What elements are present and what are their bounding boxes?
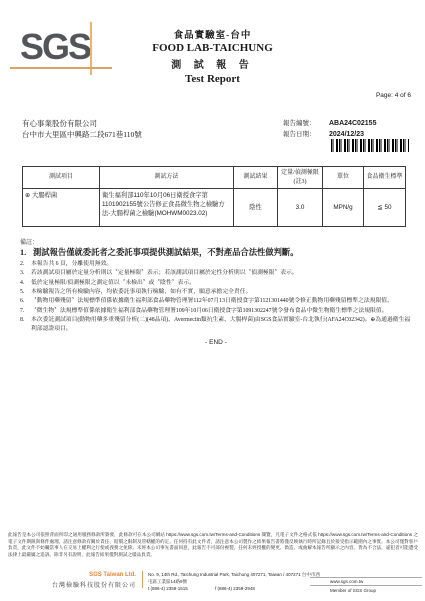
legal-disclaimer: 此報告是本公司依照背面所印之通用服務條款所簽發，此條款可在本公司網站 https… bbox=[8, 532, 418, 558]
test-report-page: SGS 食品實驗室-台中 FOOD LAB-TAICHUNG 測 試 報 告 T… bbox=[0, 0, 425, 601]
note-8: 8. 本次委託測試項目(動物用藥多重殘留分析(二)(48品項)、Avermect… bbox=[20, 316, 412, 335]
note-5: 5. 本檢驗報告之所有檢驗內容，均依委託事項執行檢驗，如有不實，願意承擔完全責任… bbox=[20, 288, 412, 297]
cell-test-result: 陰性 bbox=[234, 189, 278, 227]
header-unit: 單位 bbox=[323, 167, 364, 189]
notes-section: 備註： 1. 測試報告僅就委託者之委託事項提供測試結果，不對產品合法性做判斷。 … bbox=[20, 237, 412, 346]
cell-food-standard: ≦ 50 bbox=[364, 189, 406, 227]
footer-rule-bottom bbox=[310, 585, 422, 586]
footer-divider-line bbox=[142, 571, 143, 588]
member-of-sgs-group: Member of SGS Group bbox=[330, 588, 376, 593]
note-1: 1. 測試報告僅就委託者之委託事項提供測試結果，不對產品合法性做判斷。 bbox=[20, 247, 412, 258]
note-7: 7. 〝微生物〞法規標準值係依據衛生福利部食品藥物管理署109年10月06日衛授… bbox=[20, 307, 412, 316]
company-name-zh: 台灣檢驗科技股份有限公司 bbox=[28, 580, 136, 589]
client-info: 有心事業股份有限公司 台中市大里區中興路二段671巷110號 bbox=[22, 118, 142, 140]
header-detection-limit: 定量/偵測極限(註3) bbox=[278, 167, 323, 189]
header-food-standard: 食品衛生標準 bbox=[364, 167, 406, 189]
lab-name-en: FOOD LAB-TAICHUNG bbox=[0, 42, 425, 54]
note-4: 4. 低於定量極限/偵測極限之測定值以〝未檢出〞或〝陰性〞表示。 bbox=[20, 279, 412, 288]
footer-address-block: No. 9, 14th Rd., Taichung Industrial Par… bbox=[148, 571, 323, 593]
header-test-item: 測試項目 bbox=[23, 167, 100, 189]
note-3: 3. 若該測試項目屬於定量分析則以〝定量極限〞表示；若該測試項目屬於定性分析則以… bbox=[20, 269, 412, 278]
table-row: ⊕ 大腸桿菌 衛生福利部110年10月06日衛授食字第1101902155號公告… bbox=[23, 189, 406, 227]
report-no-value: ABA24C02155 bbox=[329, 118, 376, 129]
client-address: 台中市大里區中興路二段671巷110號 bbox=[22, 129, 142, 140]
report-no-label: 報告編號： bbox=[283, 118, 329, 129]
report-title-en: Test Report bbox=[0, 73, 425, 85]
footer-company-block: SGS Taiwan Ltd. 台灣檢驗科技股份有限公司 bbox=[28, 572, 136, 589]
end-marker: - END - bbox=[20, 339, 412, 346]
report-meta: 報告編號： ABA24C02155 報告日期： 2024/12/23 bbox=[283, 118, 376, 140]
note-6: 6. 〝動物用藥殘留〞法規標準值係依據衛生福利部食品藥物管理署112年07月13… bbox=[20, 297, 412, 306]
lab-address: No. 9, 14th Rd., Taichung Industrial Par… bbox=[148, 571, 323, 585]
table-header-row: 測試項目 測試方法 測試結果 定量/偵測極限(註3) 單位 食品衛生標準 bbox=[23, 167, 406, 189]
lab-fax: f (886-4) 2359-2948 bbox=[215, 586, 255, 591]
header-test-method: 測試方法 bbox=[100, 167, 234, 189]
cell-unit: MPN/g bbox=[323, 189, 364, 227]
report-barcode bbox=[331, 139, 409, 152]
footer-rule-top bbox=[310, 577, 422, 578]
report-header: 食品實驗室-台中 FOOD LAB-TAICHUNG 測 試 報 告 Test … bbox=[0, 27, 425, 85]
report-title-zh: 測 試 報 告 bbox=[0, 56, 425, 71]
client-name: 有心事業股份有限公司 bbox=[22, 118, 142, 129]
cell-detection-limit: 3.0 bbox=[278, 189, 323, 227]
cell-test-item: ⊕ 大腸桿菌 bbox=[23, 189, 100, 227]
results-table: 測試項目 測試方法 測試結果 定量/偵測極限(註3) 單位 食品衛生標準 ⊕ 大… bbox=[22, 166, 406, 227]
cell-test-method: 衛生福利部110年10月06日衛授食字第1101902155號公告修正食品微生物… bbox=[100, 189, 234, 227]
company-name-en: SGS Taiwan Ltd. bbox=[28, 572, 136, 578]
sgs-website: www.sgs.com.tw bbox=[330, 579, 363, 584]
lab-telephone: t (886-4) 2359-1515 bbox=[148, 586, 188, 591]
lab-phones: t (886-4) 2359-1515 f (886-4) 2359-2948 bbox=[148, 585, 323, 592]
note-2: 2. 本報告共 6 頁，分離使用無效。 bbox=[20, 260, 412, 269]
page-number-label: Page: 4 of 6 bbox=[376, 92, 411, 99]
lab-name-zh: 食品實驗室-台中 bbox=[0, 27, 425, 41]
report-date-label: 報告日期： bbox=[283, 129, 329, 140]
header-test-result: 測試結果 bbox=[234, 167, 278, 189]
notes-title: 備註： bbox=[20, 237, 412, 246]
